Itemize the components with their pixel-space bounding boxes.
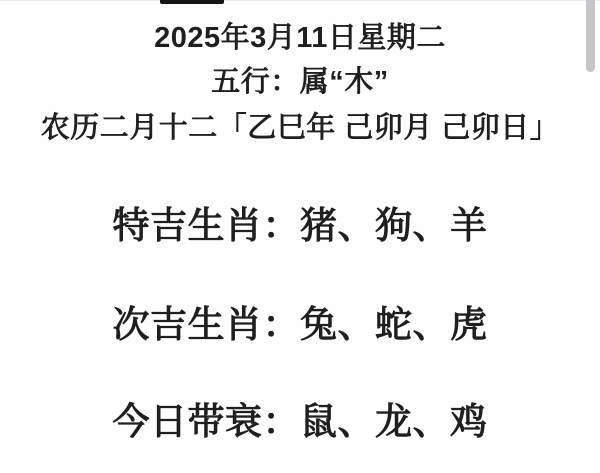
bad-luck-zodiac-text: 今日带衰：鼠、龙、鸡 [0,402,600,441]
best-luck-zodiac-text: 特吉生肖：猪、狗、羊 [0,206,600,245]
five-elements-text: 五行：属“木” [0,67,600,98]
lunar-date-text: 农历二月十二「乙巳年 己卯月 己卯日」 [0,113,600,144]
top-divider-line [0,0,600,1]
second-luck-zodiac-text: 次吉生肖：兔、蛇、虎 [0,305,600,344]
cropped-black-bar [160,0,224,4]
gregorian-date-text: 2025年3月11日星期二 [0,23,600,54]
almanac-page: 2025年3月11日星期二 五行：属“木” 农历二月十二「乙巳年 己卯月 己卯日… [0,0,600,473]
